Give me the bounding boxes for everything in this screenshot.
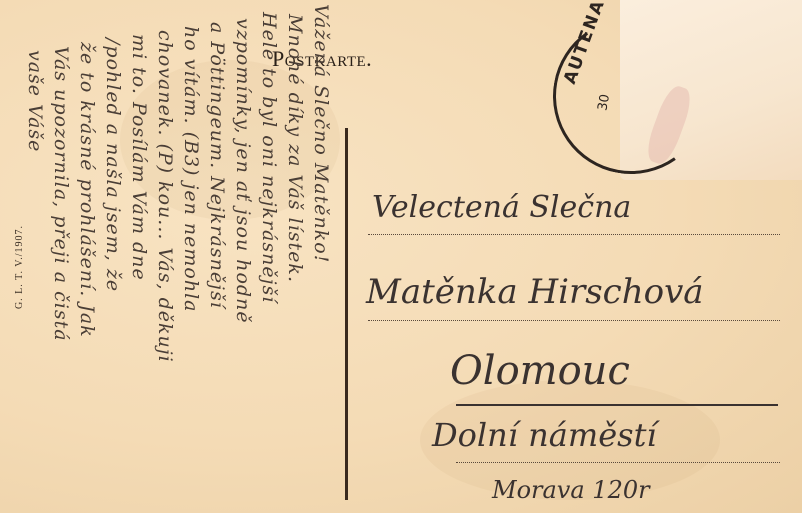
message-area: Vážená Slečno Matěnko! Mnohé díky za Váš… [8, 4, 338, 509]
address-dotted-line [368, 234, 780, 235]
message-line: chovanek. (P) kou... Vás, děkuji [154, 30, 176, 363]
address-name: Matěnka Hirschová [366, 272, 704, 312]
message-line: Mnohé díky za Váš lístek. [284, 14, 306, 283]
address-dotted-line [456, 462, 780, 463]
message-line: /pohled a našla jsem, že [102, 38, 124, 292]
postmark-date: 30 [595, 93, 613, 112]
message-line: ho vítám. (B3) jen nemohla [180, 26, 202, 313]
address-street: Dolní náměstí [432, 416, 657, 454]
message-line: Vážená Slečno Matěnko! [310, 4, 332, 263]
message-line: Hele to byl oni nejkrásnější [258, 12, 280, 303]
address-salutation: Velectená Slečna [372, 190, 631, 225]
message-line: Vás upozornila, přeji a čistá [50, 46, 72, 342]
message-line: mi to. Posílám Vám dne [128, 34, 150, 281]
message-line: vzpomínky, jen ať jsou hodně [232, 18, 254, 324]
message-line: že to krásné prohlášení. Jak [76, 42, 98, 338]
center-divider [345, 128, 348, 500]
message-line: vaše Váše [24, 50, 46, 152]
address-region: Morava 120r [492, 476, 650, 504]
address-city-underline [456, 404, 778, 406]
address-dotted-line [368, 320, 780, 321]
address-city: Olomouc [450, 348, 630, 394]
postcard-back: AUTENAU 30 Postkarte. G. L. T. V./1907. … [0, 0, 802, 513]
message-line: a Pöttingeum. Nejkrásnější [206, 22, 228, 309]
